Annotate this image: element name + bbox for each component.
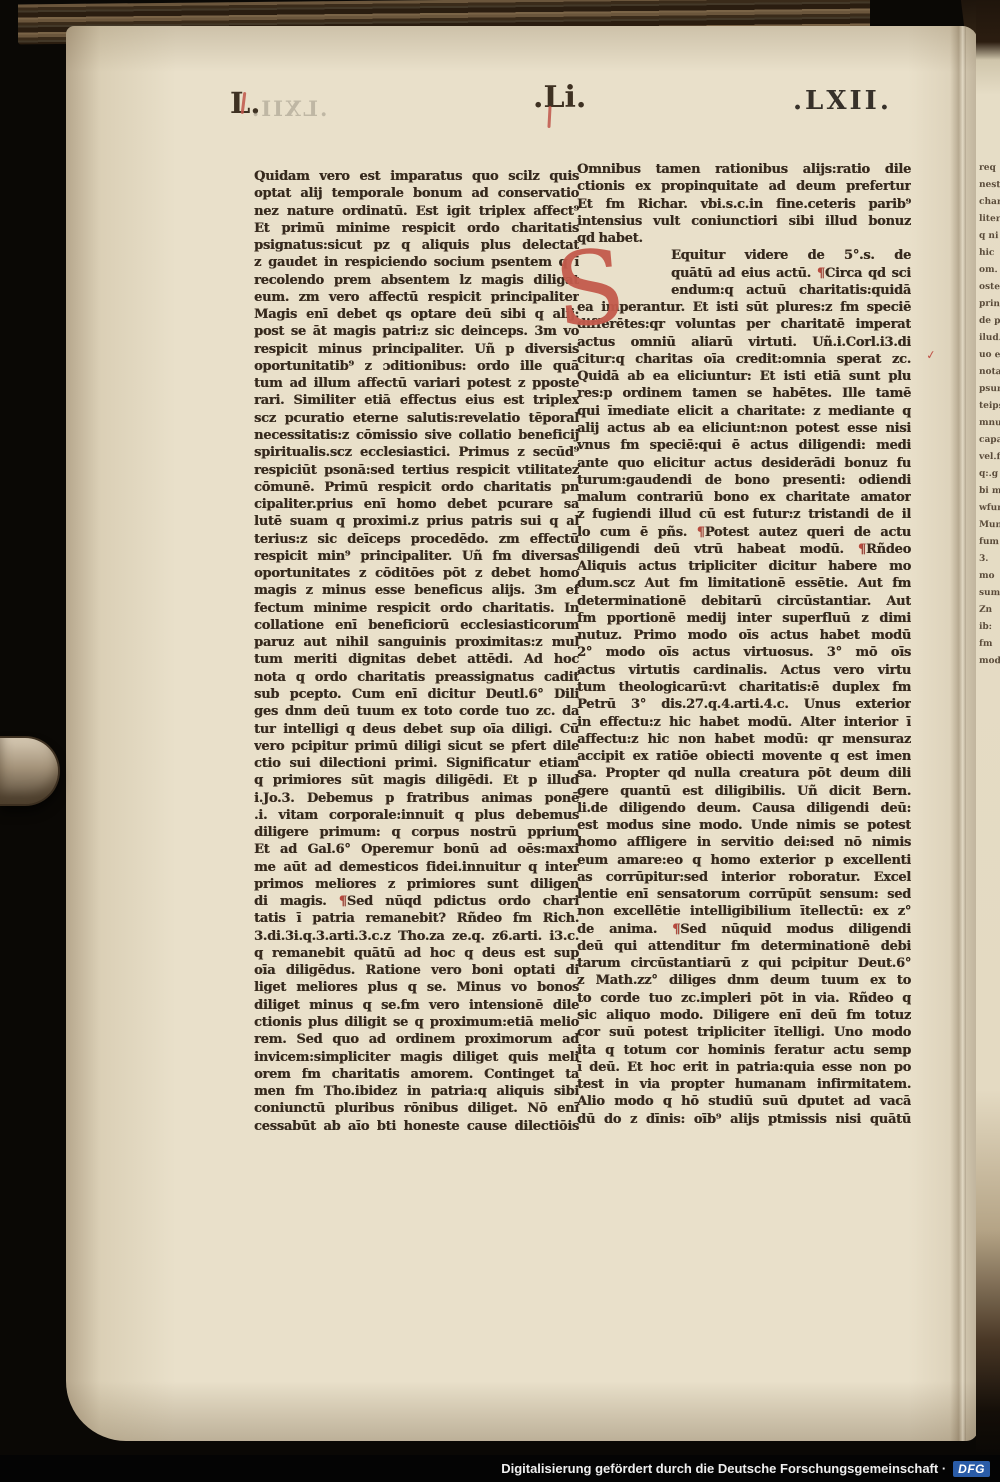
text-line: Et primū minime respicit ordo charitatis [254, 220, 579, 237]
text-line: Et fm Richar. vbi.s.c.in fine.ceteris pa… [577, 196, 911, 213]
text-line: Aliquis actus tripliciter dicitur habere… [577, 558, 911, 575]
text-column-right: Omnibus tamen rationibus alijs:ratio dil… [577, 161, 911, 1128]
text-line: q remanebit quātū ad hoc q deus est sup [254, 945, 579, 962]
text-line: dum.scz Aut fm limitationē essētie. Aut … [577, 575, 911, 592]
text-line: ctionis ex propinquitate ad deum prefert… [577, 178, 911, 195]
text-line: res:p ordinem tamen se habētes. Ille tam… [577, 385, 911, 402]
fore-edge-fragment: sum [979, 585, 1000, 602]
text-line: tum theologicarū:vt charitatis:ē duplex … [577, 679, 911, 696]
fore-edge-fragment: de pse [979, 313, 1000, 330]
text-line: qd habet. [577, 230, 911, 247]
text-line: sic aliquo modo. Diligere enī deū fm tot… [577, 1007, 911, 1024]
fore-edge-next-page: reqnestchanliterq nihicom.ostenprincde p… [976, 0, 1000, 1455]
text-line: test in via propter humanam infirmitatem… [577, 1076, 911, 1093]
text-line: to corde tuo zc.impleri pōt in via. Rñde… [577, 990, 911, 1007]
text-line: .i. vitam corporale:innuit q plus debemu… [254, 807, 579, 824]
text-line: as corrūpitur:sed interior roboratur. Ex… [577, 869, 911, 886]
fore-edge-fragment: nest [979, 177, 1000, 194]
text-line: determinationē debitarū circūstantiar. A… [577, 593, 911, 610]
text-line: de anima. ¶Sed nūquid modus diligendi [577, 921, 911, 938]
text-line: q primiores sūt magis diligēdi. Et p ill… [254, 772, 579, 789]
text-line: di magis. ¶Sed nūqd pdictus ordo chari [254, 893, 579, 910]
fore-edge-fragment: q ni [979, 228, 1000, 245]
text-line: necessitatis:z cōmissio sive collatio be… [254, 427, 579, 444]
rubric-stroke-center [547, 106, 551, 128]
text-line: eum. zm vero affectū respicit principali… [254, 289, 579, 306]
text-line: terius:z sic deīceps procedēdo. zm effec… [254, 531, 579, 548]
fore-edge-fragment: psum [979, 381, 1000, 398]
text-line: Magis enī debet qs optare deū sibi q ali… [254, 306, 579, 323]
text-line: cor suū potest tripliciter ītelligi. Uno… [577, 1024, 911, 1041]
text-line: respicit minus principaliter. Uñ p diver… [254, 341, 579, 358]
fore-edge-fragment: wfum [979, 500, 1000, 517]
fore-edge-fragment: fm [979, 636, 1000, 653]
text-line: nota q ordo charitatis preassignatus cad… [254, 669, 579, 686]
text-line: fectum minime respicit ordo charitatis. … [254, 600, 579, 617]
text-line: Et ad Gal.6° Operemur bonū ad oēs:maxi [254, 841, 579, 858]
fore-edge-fragment: capacio [979, 432, 1000, 449]
fore-edge-text: reqnestchanliterq nihicom.ostenprincde p… [976, 0, 1000, 670]
text-line: diliget minus q se.fm vero intensionē di… [254, 997, 579, 1014]
text-line: rari. Similiter etiā effectus eius est t… [254, 392, 579, 409]
fore-edge-fragment: mnum [979, 415, 1000, 432]
text-line: ante quo elicitur actus desiderādi bonuz… [577, 455, 911, 472]
text-line: liget meliores plus q se. Minus vo bonos [254, 979, 579, 996]
text-line: 3.di.3i.q.3.arti.3.c.z Tho.za ze.q. z6.a… [254, 928, 579, 945]
text-line: eum amare:eo q homo exterior p excellent… [577, 852, 911, 869]
fore-edge-fragment: chan [979, 194, 1000, 211]
fore-edge-fragment: liter [979, 211, 1000, 228]
text-line: est modus sine modo. Unde nimis se potes… [577, 817, 911, 834]
book-scan: L. .LXII. .Li. .LXII. Quidam vero est im… [0, 0, 1000, 1482]
fore-edge-fragment: mod [979, 653, 1000, 670]
fore-edge-fragment: fum [979, 534, 1000, 551]
text-line: malum contrariū bono ex charitate amator [577, 489, 911, 506]
text-line: lentie enī sensatorum corrūpūt sensum: s… [577, 886, 911, 903]
text-line: gere quantū est diligibilis. Uñ dicit Be… [577, 783, 911, 800]
text-line: affectu:z hic non habet modū: qr mensura… [577, 731, 911, 748]
text-line: ita q totum cor hominis feratur actu sem… [577, 1042, 911, 1059]
folio-number-right: .LXII. [793, 86, 892, 116]
text-line: actus virtutis cardinalis. Actus vero vi… [577, 662, 911, 679]
text-line: nutuz. Primo modo oīs actus habet modū [577, 627, 911, 644]
text-line: oportunitates z cōditōes pōt z debet hom… [254, 565, 579, 582]
text-line: endum:q actuū charitatis:quidā ab [577, 282, 911, 299]
text-line: optat alij temporale bonum ad conservati… [254, 185, 579, 202]
text-column-left: Quidam vero est imparatus quo scilz quis… [254, 168, 579, 1135]
text-line: ges dnm deū tuum ex toto corde tuo zc. d… [254, 703, 579, 720]
fore-edge-fragment: osten [979, 279, 1000, 296]
text-line: lutē suam q proximi.z prius patris sui q… [254, 513, 579, 530]
text-line: 2° modo oīs actus virtuosus. 3° mō oīs [577, 644, 911, 661]
text-line: qui īmediate elicit a charitate: z media… [577, 403, 911, 420]
text-line: vnus fm speciē:qui ē actus diligendi: me… [577, 437, 911, 454]
fore-edge-fragment: ilud. [979, 330, 1000, 347]
text-line: ctio sui dilectioni primi. Significatur … [254, 755, 579, 772]
fore-edge-fragment: bi moc [979, 483, 1000, 500]
text-line: tatis ī patria remanebit? Rñdeo fm Rich. [254, 910, 579, 927]
fore-edge-fragment: 3. [979, 551, 1000, 568]
text-line: recolendo prem absentem lz magis diligat [254, 272, 579, 289]
text-line: intensius vult coniunctiori sibi illud b… [577, 213, 911, 230]
fore-edge-fragment: req [979, 160, 1000, 177]
text-line: alij actus ab ea eliciunt:non potest ess… [577, 420, 911, 437]
text-line: i.Jo.3. Debemus p fratribus animas ponē [254, 790, 579, 807]
text-line: vero pcipitur primū diligi sicut se pfer… [254, 738, 579, 755]
text-line: collatione enī beneficiorū ecclesiastico… [254, 617, 579, 634]
text-line: tum meriti dignitas debet attēdi. Ad hoc [254, 651, 579, 668]
text-line: Omnibus tamen rationibus alijs:ratio dil… [577, 161, 911, 178]
fore-edge-fragment: hic [979, 245, 1000, 262]
fore-edge-fragment: q:.g [979, 466, 1000, 483]
text-line: me aūt ad demesticos fidei.innuitur q in… [254, 859, 579, 876]
text-line: tarum circūstantiarū z qui pcipitur Deut… [577, 955, 911, 972]
text-line: fm pportionē medij inter superfluū z dim… [577, 610, 911, 627]
text-line: Equitur videre de 5°.s. de charitate [577, 247, 911, 264]
text-line: oīa diligēdus. Ratione vero boni optati … [254, 962, 579, 979]
text-line: magis z minus esse beneficus alijs. 3m e… [254, 582, 579, 599]
dfg-logo: DFG [953, 1461, 990, 1477]
text-line: post se āt magis patri:z sic deinceps. 3… [254, 323, 579, 340]
text-line: turum:gaudendi de bono presenti: odiendi [577, 472, 911, 489]
manuscript-page: L. .LXII. .Li. .LXII. Quidam vero est im… [66, 26, 978, 1441]
text-line: z gaudet in respiciendo socium psentem q… [254, 254, 579, 271]
fore-edge-fragment: princ [979, 296, 1000, 313]
text-line: oportunitatib⁹ z ɔditionibus: ordo ille … [254, 358, 579, 375]
text-line: cōmunē. Primū respicit ordo charitatis p… [254, 479, 579, 496]
fore-edge-fragment: om. [979, 262, 1000, 279]
text-line: nez nature ordinatū. Est igit triplex af… [254, 203, 579, 220]
text-line: homo affligere in servitio dei:sed nō ni… [577, 834, 911, 851]
text-line: ctionis plus diligit se q proximum:etiā … [254, 1014, 579, 1031]
text-line: tur intelligi q deus debet sup oīa dilig… [254, 721, 579, 738]
folio-showthrough: .LXII. [250, 96, 327, 121]
text-line: citur:q charitas oīa credit:omnia sperat… [577, 351, 911, 368]
text-line: Quidam vero est imparatus quo scilz quis [254, 168, 579, 185]
fore-edge-fragment: Mun [979, 517, 1000, 534]
text-line: non excellētie intelligibilium ītellectū… [577, 903, 911, 920]
text-line: sa. Propter qd nulla creatura pōt deum d… [577, 765, 911, 782]
text-line: sub pcepto. Cum enī dicitur Deutl.6° Dil… [254, 686, 579, 703]
text-line: deū qui attenditur fm determinationē deb… [577, 938, 911, 955]
fore-edge-fragment: ib: [979, 619, 1000, 636]
text-line: dū do z dīnis: oīb⁹ alijs ptmissis nisi … [577, 1111, 911, 1128]
text-line: diligendi deū vtrū habeat modū. ¶Rñdeo [577, 541, 911, 558]
text-line: cessabūt ab aīo bti honeste cause dilect… [254, 1118, 579, 1135]
fore-edge-fragment: nota:g [979, 364, 1000, 381]
text-line: invicem:simpliciter magis diliget quis m… [254, 1049, 579, 1066]
footer-bar: Digitalisierung gefördert durch die Deut… [0, 1455, 1000, 1482]
digitization-credit: Digitalisierung gefördert durch die Deut… [501, 1461, 946, 1476]
text-line: rem. Sed quo ad ordinem proximorum ad [254, 1031, 579, 1048]
fore-edge-fragment: Zn [979, 602, 1000, 619]
rubricated-initial-S: S [551, 241, 629, 339]
text-line: tum ad illum affectū variari potest z pp… [254, 375, 579, 392]
text-line: scz pcuratio eterne salutis:revelatio tē… [254, 410, 579, 427]
text-line: Alio modo q hō studiū suū dputet ad vacā [577, 1093, 911, 1110]
text-line: in effectu:z hic habet modū. Alter inter… [577, 714, 911, 731]
text-line: cipaliter.prius enī homo debet pcurare s… [254, 496, 579, 513]
text-line: lo cum ē pñs. ¶Potest autez queri de act… [577, 524, 911, 541]
fore-edge-fragment: mo [979, 568, 1000, 585]
page-fold-shadow [950, 26, 966, 1441]
text-line: psignatus:sicut pz q aliquis plus delect… [254, 237, 579, 254]
text-line: primos meliores z primiores sunt diligen [254, 876, 579, 893]
text-line: respicit min⁹ principaliter. Uñ fm diver… [254, 548, 579, 565]
text-line: z fugiendi illud cū est futur:z tristand… [577, 506, 911, 523]
text-line: paruz aut nihil sanguinis proximitas:z m… [254, 634, 579, 651]
text-line: orem fm charitatis amorem. Continget ta [254, 1066, 579, 1083]
red-margin-mark: ✓ [925, 347, 937, 362]
text-line: spiritualis.scz ecclesiastici. Primus z … [254, 444, 579, 461]
text-line: diligere primum: q corpus nostrū pprium [254, 824, 579, 841]
fore-edge-fragment: teipsū [979, 398, 1000, 415]
text-line: ī deū. Et hoc erit in patria:quia esse n… [577, 1059, 911, 1076]
text-line: Quidā ab ea eliciuntur: Et isti etiā sun… [577, 368, 911, 385]
text-line: z Math.zz° diliges dnm deum tuum ex to [577, 972, 911, 989]
folio-number-center: .Li. [533, 80, 586, 115]
text-line: quātū ad eius actū. ¶Circa qd sci [577, 265, 911, 282]
text-line: Petrū 3° dis.27.q.4.arti.4.c. Unus exter… [577, 696, 911, 713]
text-line: coniunctū pluribus rōnibus diliget. Nō e… [254, 1100, 579, 1117]
fore-edge-fragment: vel.fra [979, 449, 1000, 466]
fore-edge-fragment: uo eē [979, 347, 1000, 364]
text-line: men fm Tho.ibidez in patria:q aliquis si… [254, 1083, 579, 1100]
text-line: li.de diligendo deum. Causa diligendi de… [577, 800, 911, 817]
text-line: accipit ex ratiōe obiecti movente q est … [577, 748, 911, 765]
text-line: respiciūt psonā:sed tertius respicit vti… [254, 462, 579, 479]
